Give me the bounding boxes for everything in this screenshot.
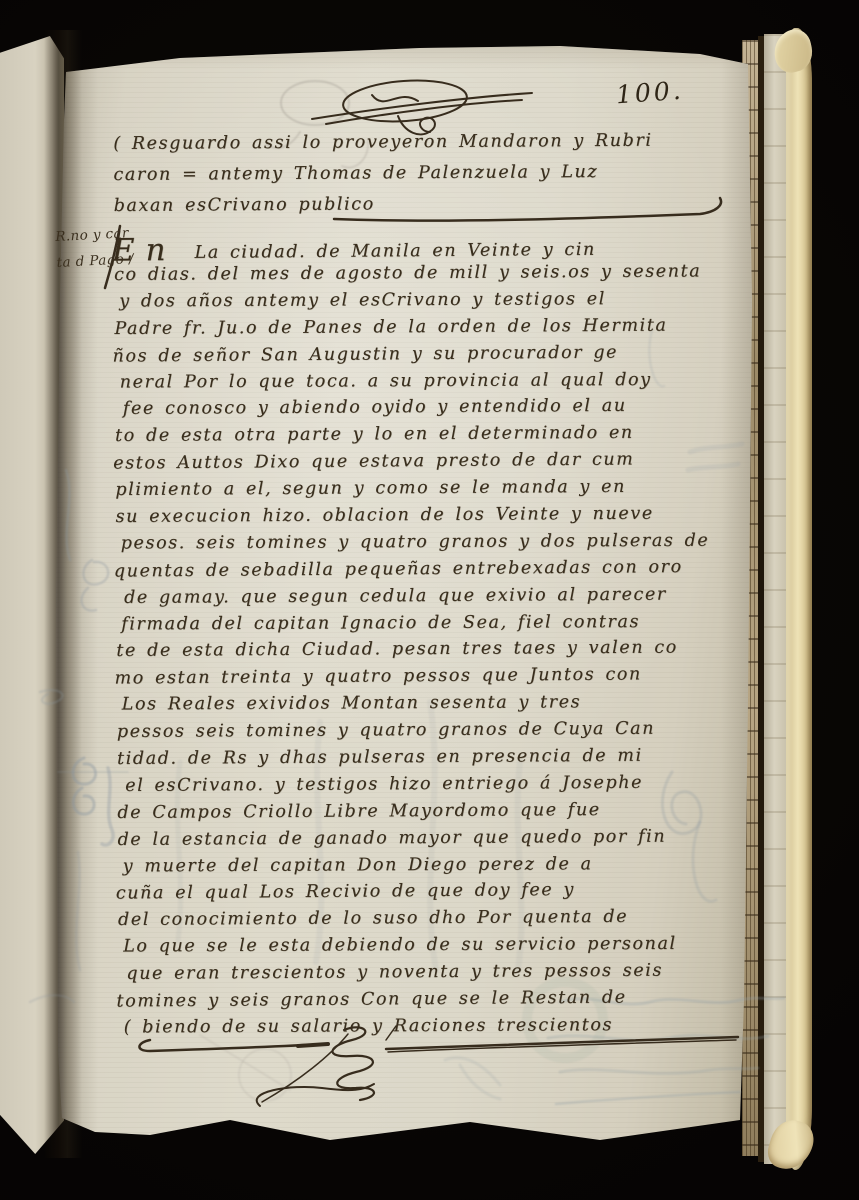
act-paragraph: EnLa ciudad. de Manila en Veinte y cin c… — [114, 226, 767, 1045]
facing-page-edge — [0, 36, 64, 1154]
text-line: Los Reales exividos Montan sesenta y tre… — [122, 692, 770, 722]
text-line: firmada del capitan Ignacio de Sea, fiel… — [121, 611, 769, 641]
text-line: Lo que se le esta debiendo de su servici… — [123, 934, 771, 964]
folio-number: 100. — [615, 76, 685, 110]
outer-page-edge — [786, 28, 812, 1170]
text-line: plimiento a el, segun y como se le manda… — [115, 476, 763, 507]
text-line: el esCrivano. y testigos hizo entriego á… — [125, 772, 773, 803]
manuscript-text: ( Resguardo assi lo proveyeron Mandaron … — [113, 130, 767, 1045]
text-line: del conocimiento de lo suso dho Por quen… — [118, 906, 766, 937]
text-line: de la estancia de ganado mayor que quedo… — [117, 826, 765, 857]
text-line: ( biendo de su salario y Raciones tresci… — [124, 1014, 772, 1044]
margin-note-line: ta d Pago / — [56, 246, 135, 276]
text-line: ( Resguardo assi lo proveyeron Mandaron … — [113, 130, 761, 165]
text-line: estos Auttos Dixo que estava presto de d… — [113, 449, 761, 481]
text-line: de Campos Criollo Libre Mayordomo que fu… — [117, 799, 765, 830]
text-line: su execucion hizo. oblacion de los Veint… — [116, 503, 764, 534]
margin-note-line: R.no y car — [55, 220, 134, 250]
text-line: caron = antemy Thomas de Palenzuela y Lu… — [113, 161, 761, 196]
text-line: co dias. del mes de agosto de mill y sei… — [114, 261, 762, 292]
text-line: pesos. seis tomines y quatro granos y do… — [121, 530, 769, 560]
text-line: ños de señor San Augustin y su procurado… — [112, 341, 760, 373]
text-line: EnLa ciudad. de Manila en Veinte y cin — [112, 225, 760, 263]
closing-paragraph: ( Resguardo assi lo proveyeron Mandaron … — [113, 130, 762, 227]
margin-note: R.no y car ta d Pago / — [55, 220, 135, 277]
text-line: Padre fr. Ju.o de Panes de la orden de l… — [114, 315, 762, 346]
text-line: neral Por lo que toca. a su provincia al… — [120, 369, 768, 399]
text-line: y dos años antemy el esCrivano y testigo… — [119, 288, 767, 318]
text-line: pessos seis tomines y quatro granos de C… — [117, 718, 765, 749]
text-line: fee conosco y abiendo oyido y entendido … — [123, 395, 771, 426]
text-line: tidad. de Rs y dhas pulseras en presenci… — [117, 745, 765, 776]
text-line-rest: La ciudad. de Manila en Veinte y cin — [194, 240, 595, 263]
text-line: tomines y seis granos Con que se le Rest… — [116, 987, 764, 1019]
text-line: de gamay. que segun cedula que exivio al… — [124, 584, 772, 615]
manuscript-scan: 100. R.no y car ta d Pago / ( Resguardo … — [0, 0, 859, 1200]
text-line: baxan esCrivano publico — [114, 192, 762, 227]
